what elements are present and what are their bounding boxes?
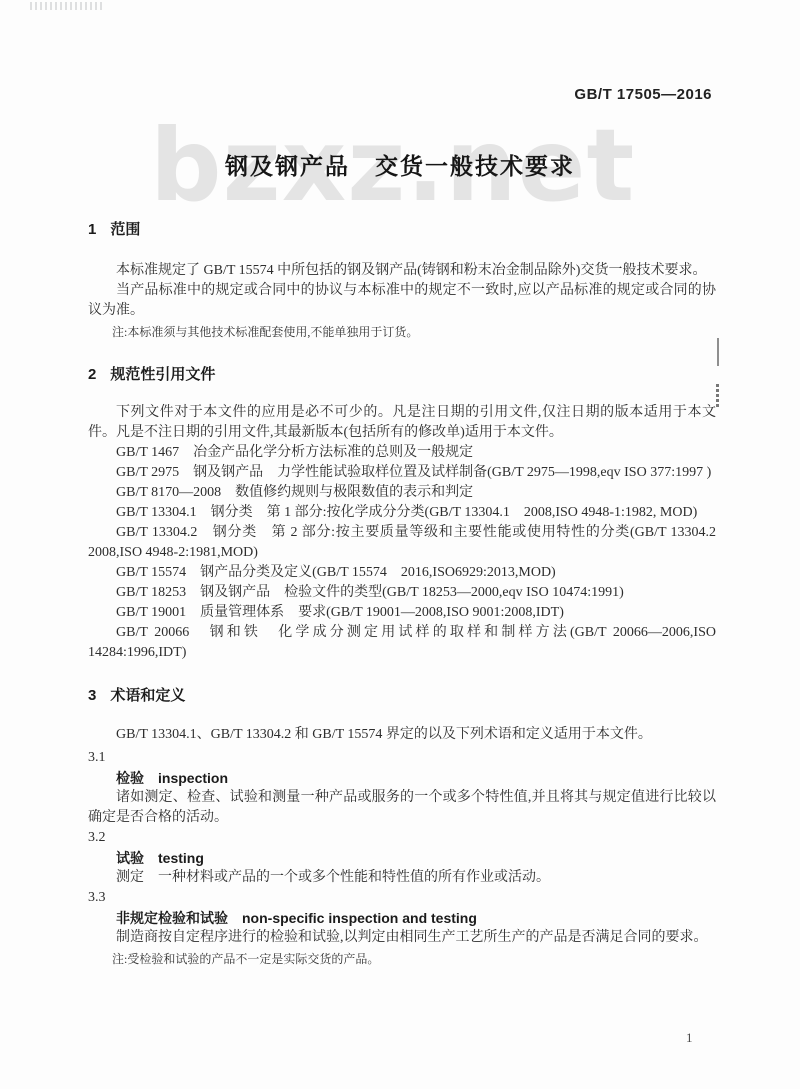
section-3-heading: 3术语和定义: [88, 686, 716, 706]
section-1-heading: 1范围: [88, 220, 716, 240]
section-intro: GB/T 13304.1、GB/T 13304.2 和 GB/T 15574 界…: [88, 725, 716, 745]
term-id: 3.1: [88, 748, 716, 768]
term-title: 非规定检验和试验 non-specific inspection and tes…: [88, 908, 716, 928]
term-id: 3.2: [88, 828, 716, 848]
term-note: 注:受检验和试验的产品不一定是实际交货的产品。: [88, 951, 716, 968]
term-definition: 制造商按自定程序进行的检验和试验,以判定由相同生产工艺所生产的产品是否满足合同的…: [88, 928, 716, 948]
section-2-heading: 2规范性引用文件: [88, 365, 716, 385]
term-id: 3.3: [88, 888, 716, 908]
paragraph: 本标准规定了 GB/T 15574 中所包括的钢及钢产品(铸钢和粉末冶金制品除外…: [88, 261, 716, 281]
reference-item: GB/T 15574 钢产品分类及定义(GB/T 15574 2016,ISO6…: [88, 563, 716, 583]
section-title: 范围: [110, 221, 140, 238]
term-title: 试验 testing: [88, 848, 716, 868]
content-area: 1范围 本标准规定了 GB/T 15574 中所包括的钢及钢产品(铸钢和粉末冶金…: [88, 220, 716, 968]
section-number: 3: [88, 687, 96, 704]
term-title: 检验 inspection: [88, 768, 716, 788]
reference-item: GB/T 8170—2008 数值修约规则与极限数值的表示和判定: [88, 483, 716, 503]
document-title: 钢及钢产品 交货一般技术要求: [0, 148, 800, 181]
term-definition: 测定 一种材料或产品的一个或多个性能和特性值的所有作业或活动。: [88, 868, 716, 888]
scan-artifact-topleft: [30, 2, 102, 10]
section-title: 术语和定义: [110, 687, 185, 704]
document-page: GB/T 17505—2016 bzxz.net 钢及钢产品 交货一般技术要求 …: [0, 0, 800, 1089]
reference-item: GB/T 20066 钢和铁 化学成分测定用试样的取样和制样方法(GB/T 20…: [88, 623, 716, 663]
note-text: 注:本标准须与其他技术标准配套使用,不能单独用于订货。: [88, 324, 716, 341]
reference-item: GB/T 18253 钢及钢产品 检验文件的类型(GB/T 18253—2000…: [88, 583, 716, 603]
reference-item: GB/T 1467 冶金产品化学分析方法标准的总则及一般规定: [88, 443, 716, 463]
scan-margin-mark: [716, 384, 719, 407]
scan-margin-mark: [717, 338, 719, 366]
reference-item: GB/T 19001 质量管理体系 要求(GB/T 19001—2008,ISO…: [88, 603, 716, 623]
paragraph: 下列文件对于本文件的应用是必不可少的。凡是注日期的引用文件,仅注日期的版本适用于…: [88, 403, 716, 443]
section-title: 规范性引用文件: [110, 366, 215, 383]
reference-item: GB/T 2975 钢及钢产品 力学性能试验取样位置及试样制备(GB/T 297…: [88, 463, 716, 483]
standard-number: GB/T 17505—2016: [574, 86, 712, 103]
reference-item: GB/T 13304.1 钢分类 第 1 部分:按化学成分分类(GB/T 133…: [88, 503, 716, 523]
reference-item: GB/T 13304.2 钢分类 第 2 部分:按主要质量等级和主要性能或使用特…: [88, 523, 716, 563]
page-number: 1: [686, 1030, 693, 1046]
section-number: 1: [88, 221, 96, 238]
term-definition: 诸如测定、检查、试验和测量一种产品或服务的一个或多个特性值,并且将其与规定值进行…: [88, 788, 716, 828]
section-number: 2: [88, 366, 96, 383]
paragraph: 当产品标准中的规定或合同中的协议与本标准中的规定不一致时,应以产品标准的规定或合…: [88, 281, 716, 321]
